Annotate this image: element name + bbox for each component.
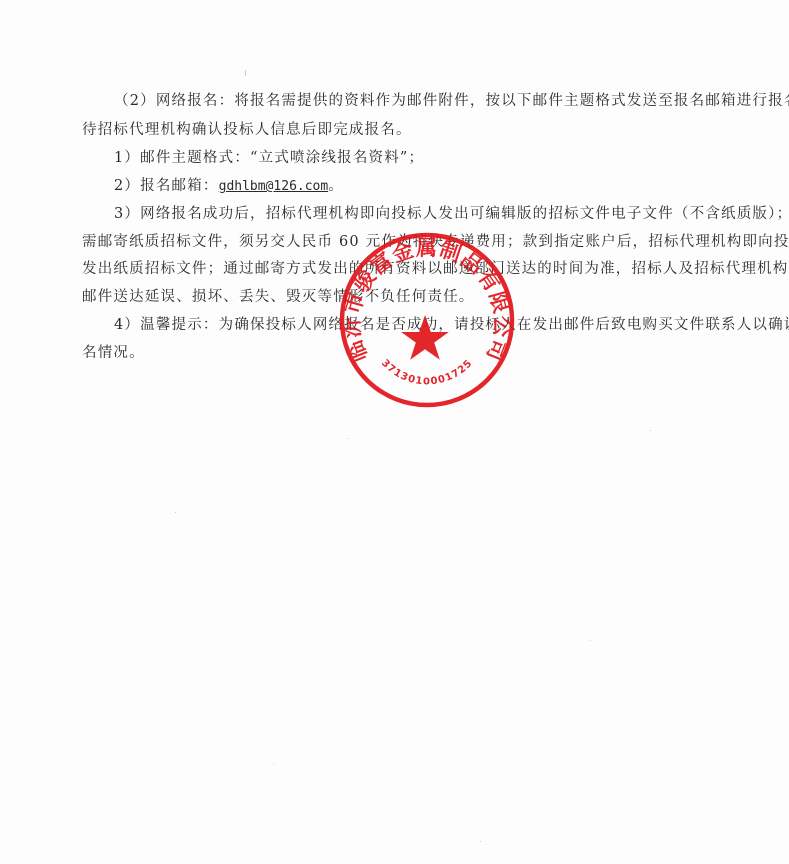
email-suffix: 。: [328, 178, 344, 194]
scan-speck: [590, 640, 591, 641]
item-1-subject-format: 1）邮件主题格式：“立式喷涂线报名资料”；: [114, 149, 739, 167]
paragraph-2-line-1: （2）网络报名：将报名需提供的资料作为邮件附件，按以下邮件主题格式发送至报名邮箱…: [114, 92, 739, 110]
scan-speck: [175, 512, 176, 513]
paragraph-2-line-2: 待招标代理机构确认投标人信息后即完成报名。: [82, 121, 707, 139]
scan-speck: [273, 763, 274, 764]
scan-mark: [245, 70, 246, 76]
svg-text:3713010001725: 3713010001725: [379, 358, 475, 388]
item-3-line-1: 3）网络报名成功后，招标代理机构即向投标人发出可编辑版的招标文件电子文件（不含纸…: [114, 205, 739, 223]
item-2-registration-email: 2）报名邮箱：gdhlbm@126.com。: [114, 177, 739, 196]
email-link[interactable]: gdhlbm@126.com: [219, 179, 329, 194]
scan-speck: [348, 438, 349, 439]
seal-code: 3713010001725: [379, 358, 475, 388]
company-seal: 临沂市骏富金属制品有限公司 3713010001725: [338, 231, 516, 409]
scan-speck: [480, 841, 481, 842]
email-label: 2）报名邮箱：: [114, 178, 219, 194]
star-icon: [401, 315, 449, 360]
scan-speck: [650, 430, 651, 431]
document-page: （2）网络报名：将报名需提供的资料作为邮件附件，按以下邮件主题格式发送至报名邮箱…: [0, 0, 789, 864]
